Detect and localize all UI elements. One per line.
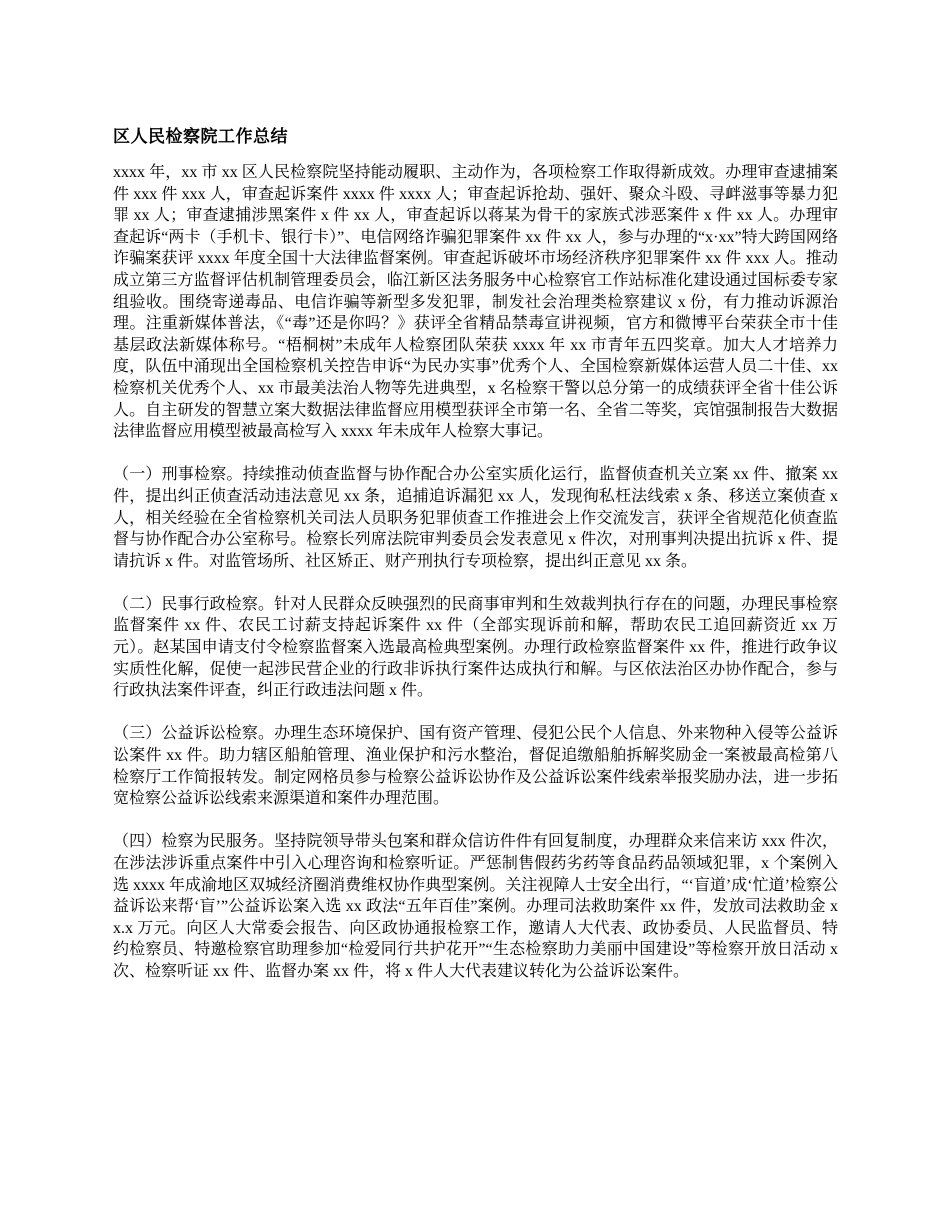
document-page: 区人民检察院工作总结 xxxx 年，xx 市 xx 区人民检察院坚持能动履职、主…: [0, 0, 950, 1230]
paragraph-criminal-prosecution: （一）刑事检察。持续推动侦查监督与协作配合办公室实质化运行，监督侦查机关立案 x…: [113, 464, 838, 572]
paragraph-serving-the-people: （四）检察为民服务。坚持院领导带头包案和群众信访件件有回复制度，办理群众来信来访…: [113, 831, 838, 982]
document-title: 区人民检察院工作总结: [113, 126, 838, 147]
paragraph-public-interest-litigation: （三）公益诉讼检察。办理生态环境保护、国有资产管理、侵犯公民个人信息、外来物种入…: [113, 723, 838, 809]
paragraph-civil-administrative: （二）民事行政检察。针对人民群众反映强烈的民商事审判和生效裁判执行存在的问题，办…: [113, 594, 838, 702]
paragraph-intro: xxxx 年，xx 市 xx 区人民检察院坚持能动履职、主动作为，各项检察工作取…: [113, 162, 838, 443]
